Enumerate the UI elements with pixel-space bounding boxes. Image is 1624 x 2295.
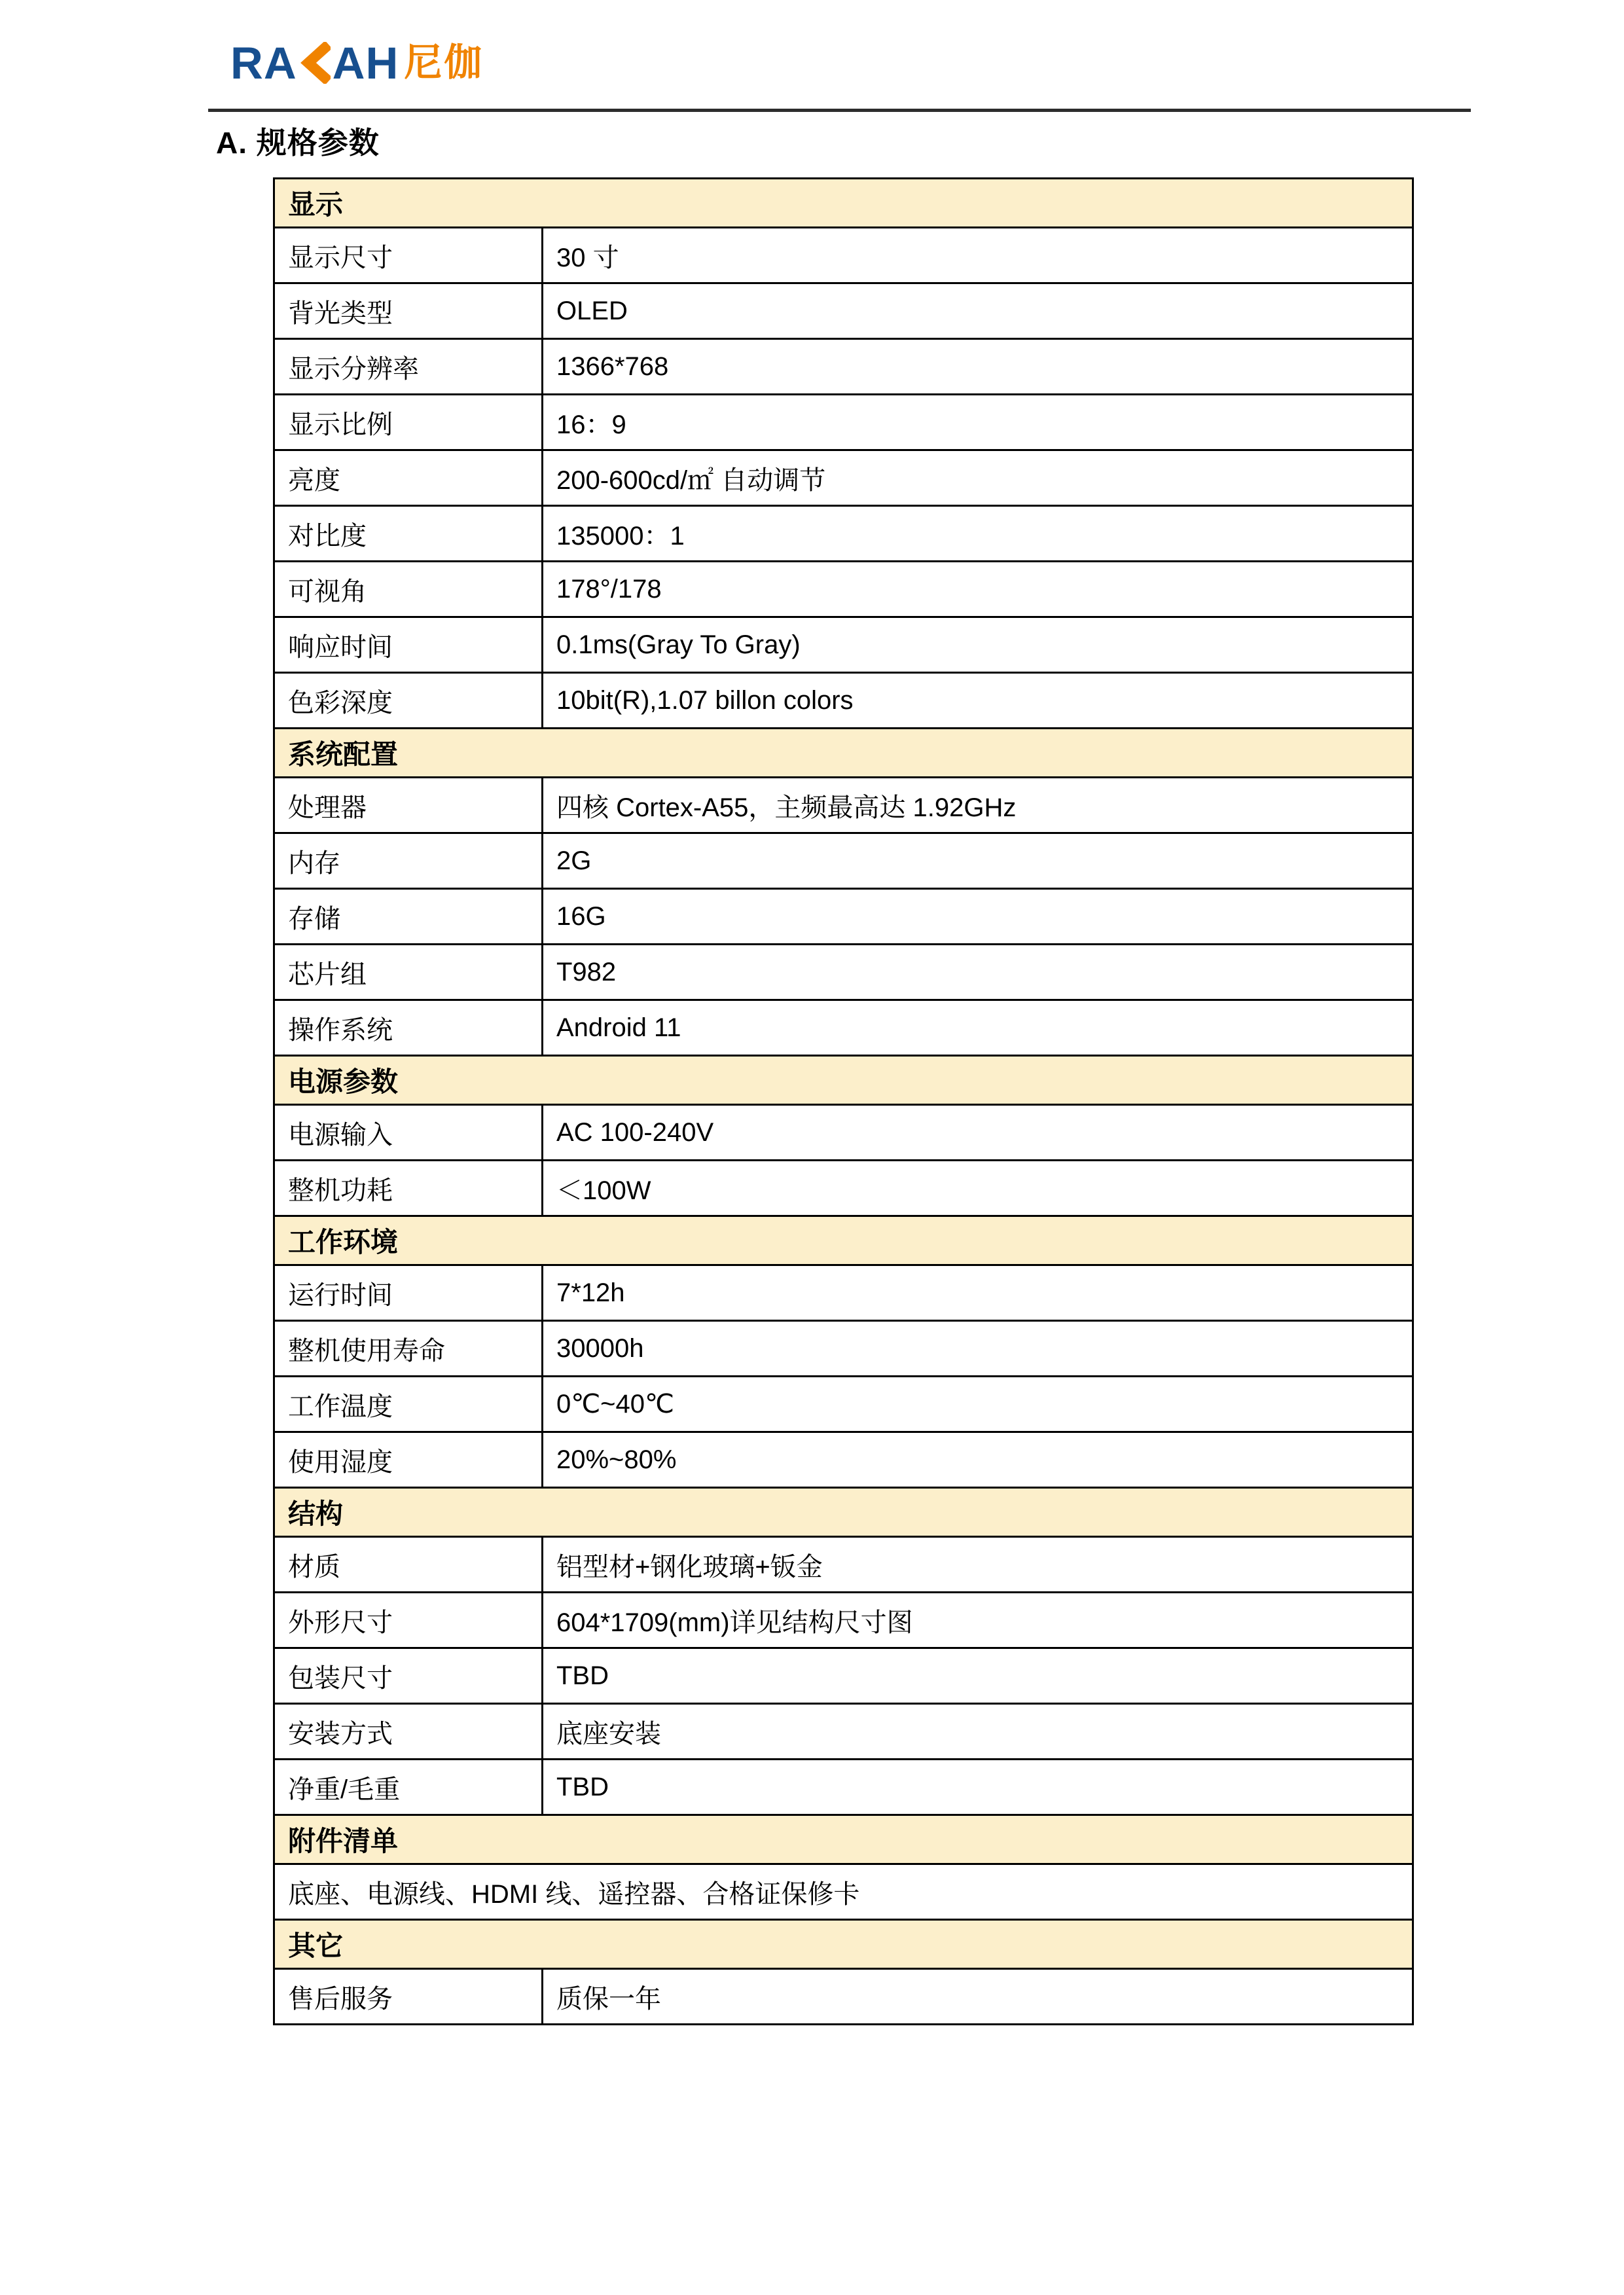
spec-value: 7*12h (543, 1265, 1413, 1321)
spec-label: 材质 (274, 1537, 543, 1593)
spec-row: 整机使用寿命30000h (274, 1321, 1413, 1377)
section-header-row: 系统配置 (274, 729, 1413, 778)
spec-value: 30000h (543, 1321, 1413, 1377)
accessories-list: 底座、电源线、HDMI 线、遥控器、合格证保修卡 (274, 1864, 1413, 1920)
spec-value: 135000：1 (543, 506, 1413, 562)
spec-label: 包装尺寸 (274, 1648, 543, 1704)
page-title: A. 规格参数 (216, 119, 380, 162)
spec-row: 操作系统Android 11 (274, 1000, 1413, 1056)
section-header-row: 附件清单 (274, 1815, 1413, 1864)
spec-row: 外形尺寸604*1709(mm)详见结构尺寸图 (274, 1593, 1413, 1648)
spec-label: 操作系统 (274, 1000, 543, 1056)
spec-label: 背光类型 (274, 283, 543, 339)
spec-label: 显示比例 (274, 395, 543, 450)
spec-row: 安装方式底座安装 (274, 1704, 1413, 1760)
section-header: 结构 (274, 1488, 1413, 1537)
spec-row: 存储16G (274, 889, 1413, 945)
spec-row: 显示尺寸30 寸 (274, 228, 1413, 283)
spec-row: 显示比例16：9 (274, 395, 1413, 450)
spec-value: 0.1ms(Gray To Gray) (543, 617, 1413, 673)
spec-label: 整机功耗 (274, 1161, 543, 1216)
spec-label: 显示尺寸 (274, 228, 543, 283)
spec-row: 运行时间7*12h (274, 1265, 1413, 1321)
spec-table: 显示 显示尺寸30 寸 背光类型OLED 显示分辨率1366*768 显示比例1… (273, 177, 1414, 2025)
spec-value: ＜100W (543, 1161, 1413, 1216)
spec-label: 存储 (274, 889, 543, 945)
spec-row: 材质铝型材+钢化玻璃+钣金 (274, 1537, 1413, 1593)
spec-label: 工作温度 (274, 1377, 543, 1432)
spec-row: 响应时间0.1ms(Gray To Gray) (274, 617, 1413, 673)
spec-value: 178°/178 (543, 562, 1413, 617)
spec-label: 安装方式 (274, 1704, 543, 1760)
header-divider (208, 109, 1471, 112)
section-header: 电源参数 (274, 1056, 1413, 1105)
spec-value: TBD (543, 1760, 1413, 1815)
brand-logo: RA AH 尼伽 (230, 37, 484, 89)
spec-label: 净重/毛重 (274, 1760, 543, 1815)
spec-label: 运行时间 (274, 1265, 543, 1321)
section-header-row: 电源参数 (274, 1056, 1413, 1105)
spec-value: 30 寸 (543, 228, 1413, 283)
logo-text-ra: RA (230, 41, 297, 86)
spec-label: 整机使用寿命 (274, 1321, 543, 1377)
spec-row: 售后服务质保一年 (274, 1969, 1413, 2025)
spec-row: 电源输入AC 100-240V (274, 1105, 1413, 1161)
spec-value: 16：9 (543, 395, 1413, 450)
spec-label: 可视角 (274, 562, 543, 617)
spec-label: 亮度 (274, 450, 543, 506)
spec-row: 整机功耗＜100W (274, 1161, 1413, 1216)
section-header-row: 结构 (274, 1488, 1413, 1537)
spec-row: 芯片组T982 (274, 945, 1413, 1000)
section-header: 附件清单 (274, 1815, 1413, 1864)
spec-value: 604*1709(mm)详见结构尺寸图 (543, 1593, 1413, 1648)
spec-value: 10bit(R),1.07 billon colors (543, 673, 1413, 729)
section-header-row: 工作环境 (274, 1216, 1413, 1265)
document-page: RA AH 尼伽 A. 规格参数 显示 显示尺寸30 寸 背光类型OLED 显示… (0, 0, 1624, 2295)
spec-label: 芯片组 (274, 945, 543, 1000)
spec-label: 电源输入 (274, 1105, 543, 1161)
spec-label: 色彩深度 (274, 673, 543, 729)
spec-row: 背光类型OLED (274, 283, 1413, 339)
spec-value: 四核 Cortex-A55，主频最高达 1.92GHz (543, 778, 1413, 833)
spec-value: T982 (543, 945, 1413, 1000)
section-header: 显示 (274, 179, 1413, 228)
spec-value: 16G (543, 889, 1413, 945)
spec-row: 使用湿度20%~80% (274, 1432, 1413, 1488)
spec-row: 净重/毛重TBD (274, 1760, 1413, 1815)
spec-label: 外形尺寸 (274, 1593, 543, 1648)
section-header: 系统配置 (274, 729, 1413, 778)
spec-value: TBD (543, 1648, 1413, 1704)
logo-text-ah: AH (333, 41, 399, 86)
spec-label: 使用湿度 (274, 1432, 543, 1488)
logo-text-cn: 尼伽 (404, 44, 484, 82)
spec-label: 售后服务 (274, 1969, 543, 2025)
spec-row: 显示分辨率1366*768 (274, 339, 1413, 395)
spec-label: 显示分辨率 (274, 339, 543, 395)
spec-row: 包装尺寸TBD (274, 1648, 1413, 1704)
spec-label: 内存 (274, 833, 543, 889)
spec-value: 底座安装 (543, 1704, 1413, 1760)
section-header-row: 其它 (274, 1920, 1413, 1969)
spec-value: AC 100-240V (543, 1105, 1413, 1161)
section-header: 工作环境 (274, 1216, 1413, 1265)
spec-value: 20%~80% (543, 1432, 1413, 1488)
spec-value: 铝型材+钢化玻璃+钣金 (543, 1537, 1413, 1593)
spec-value: 质保一年 (543, 1969, 1413, 2025)
spec-value: Android 11 (543, 1000, 1413, 1056)
spec-value: 200-600cd/㎡ 自动调节 (543, 450, 1413, 506)
section-header: 其它 (274, 1920, 1413, 1969)
section-header-row: 显示 (274, 179, 1413, 228)
spec-row: 内存2G (274, 833, 1413, 889)
spec-row-full: 底座、电源线、HDMI 线、遥控器、合格证保修卡 (274, 1864, 1413, 1920)
spec-row: 处理器四核 Cortex-A55，主频最高达 1.92GHz (274, 778, 1413, 833)
spec-label: 响应时间 (274, 617, 543, 673)
spec-value: 2G (543, 833, 1413, 889)
logo-k-chevron-icon (299, 42, 331, 84)
spec-row: 工作温度0℃~40℃ (274, 1377, 1413, 1432)
spec-value: OLED (543, 283, 1413, 339)
spec-label: 处理器 (274, 778, 543, 833)
spec-row: 色彩深度10bit(R),1.07 billon colors (274, 673, 1413, 729)
spec-value: 1366*768 (543, 339, 1413, 395)
spec-row: 可视角178°/178 (274, 562, 1413, 617)
spec-value: 0℃~40℃ (543, 1377, 1413, 1432)
spec-row: 对比度135000：1 (274, 506, 1413, 562)
spec-row: 亮度200-600cd/㎡ 自动调节 (274, 450, 1413, 506)
spec-label: 对比度 (274, 506, 543, 562)
